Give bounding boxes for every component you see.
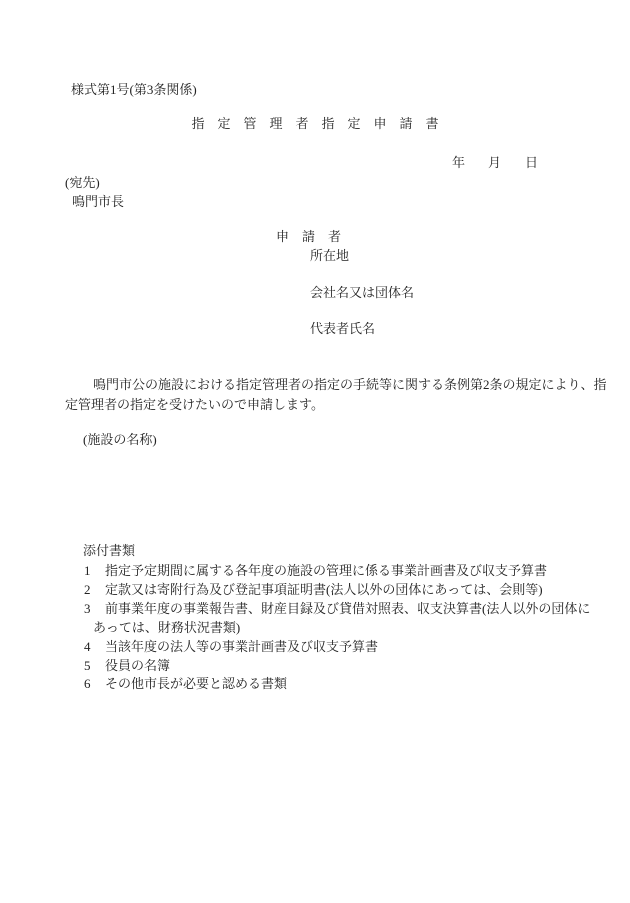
attachment-item-3-text: 前事業年度の事業報告書、財産目録及び貸借対照表、収支決算書(法人以外の団体に (105, 601, 590, 616)
attachment-item-2: 2定款又は寄附行為及び登記事項証明書(法人以外の団体にあっては、会則等) (84, 583, 543, 598)
body-paragraph: 鳴門市公の施設における指定管理者の指定の手続等に関する条例第2条の規定により、指… (65, 375, 585, 415)
body-paragraph-line-2: 定管理者の指定を受けたいので申請します。 (65, 395, 585, 415)
attachment-item-2-text: 定款又は寄附行為及び登記事項証明書(法人以外の団体にあっては、会則等) (105, 582, 543, 597)
date-month-label: 月 (488, 156, 501, 171)
attachment-item-5-text: 役員の名簿 (105, 658, 170, 673)
attachment-item-3-continuation: あっては、財務状況書類) (93, 621, 240, 636)
body-paragraph-line-1: 鳴門市公の施設における指定管理者の指定の手続等に関する条例第2条の規定により、指 (65, 375, 585, 395)
applicant-organization-label: 会社名又は団体名 (310, 286, 414, 301)
applicant-representative-label: 代表者氏名 (310, 322, 375, 337)
attachments-heading: 添付書類 (83, 544, 135, 559)
attachment-item-2-number: 2 (84, 583, 105, 598)
applicant-heading: 申 請 者 (276, 230, 341, 245)
attachment-item-5-number: 5 (84, 659, 105, 674)
attachment-item-4-number: 4 (84, 640, 105, 655)
application-form-document: 様式第1号(第3条関係) 指 定 管 理 者 指 定 申 請 書 年 月 日 (… (0, 0, 630, 903)
attachment-item-1-text: 指定予定期間に属する各年度の施設の管理に係る事業計画書及び収支予算書 (105, 563, 547, 578)
addressee-name: 鳴門市長 (72, 195, 124, 210)
attachment-item-6-number: 6 (84, 677, 105, 692)
attachment-item-6-text: その他市長が必要と認める書類 (105, 676, 287, 691)
attachment-item-3-number: 3 (84, 602, 105, 617)
attachment-item-3: 3前事業年度の事業報告書、財産目録及び貸借対照表、収支決算書(法人以外の団体に (84, 602, 590, 617)
attachment-item-1: 1指定予定期間に属する各年度の施設の管理に係る事業計画書及び収支予算書 (84, 564, 547, 579)
attachment-item-5: 5役員の名簿 (84, 659, 170, 674)
date-day-label: 日 (525, 156, 538, 171)
document-title: 指 定 管 理 者 指 定 申 請 書 (0, 117, 630, 132)
facility-name-label: (施設の名称) (83, 433, 157, 448)
attachment-item-4-text: 当該年度の法人等の事業計画書及び収支予算書 (105, 639, 378, 654)
addressee-note: (宛先) (65, 176, 100, 191)
attachment-item-1-number: 1 (84, 564, 105, 579)
form-number: 様式第1号(第3条関係) (71, 83, 197, 98)
attachment-item-4: 4当該年度の法人等の事業計画書及び収支予算書 (84, 640, 378, 655)
date-year-label: 年 (452, 156, 465, 171)
applicant-location-label: 所在地 (310, 249, 349, 264)
attachment-item-6: 6その他市長が必要と認める書類 (84, 677, 287, 692)
attachment-item-3-text-line-2: あっては、財務状況書類) (93, 620, 240, 635)
